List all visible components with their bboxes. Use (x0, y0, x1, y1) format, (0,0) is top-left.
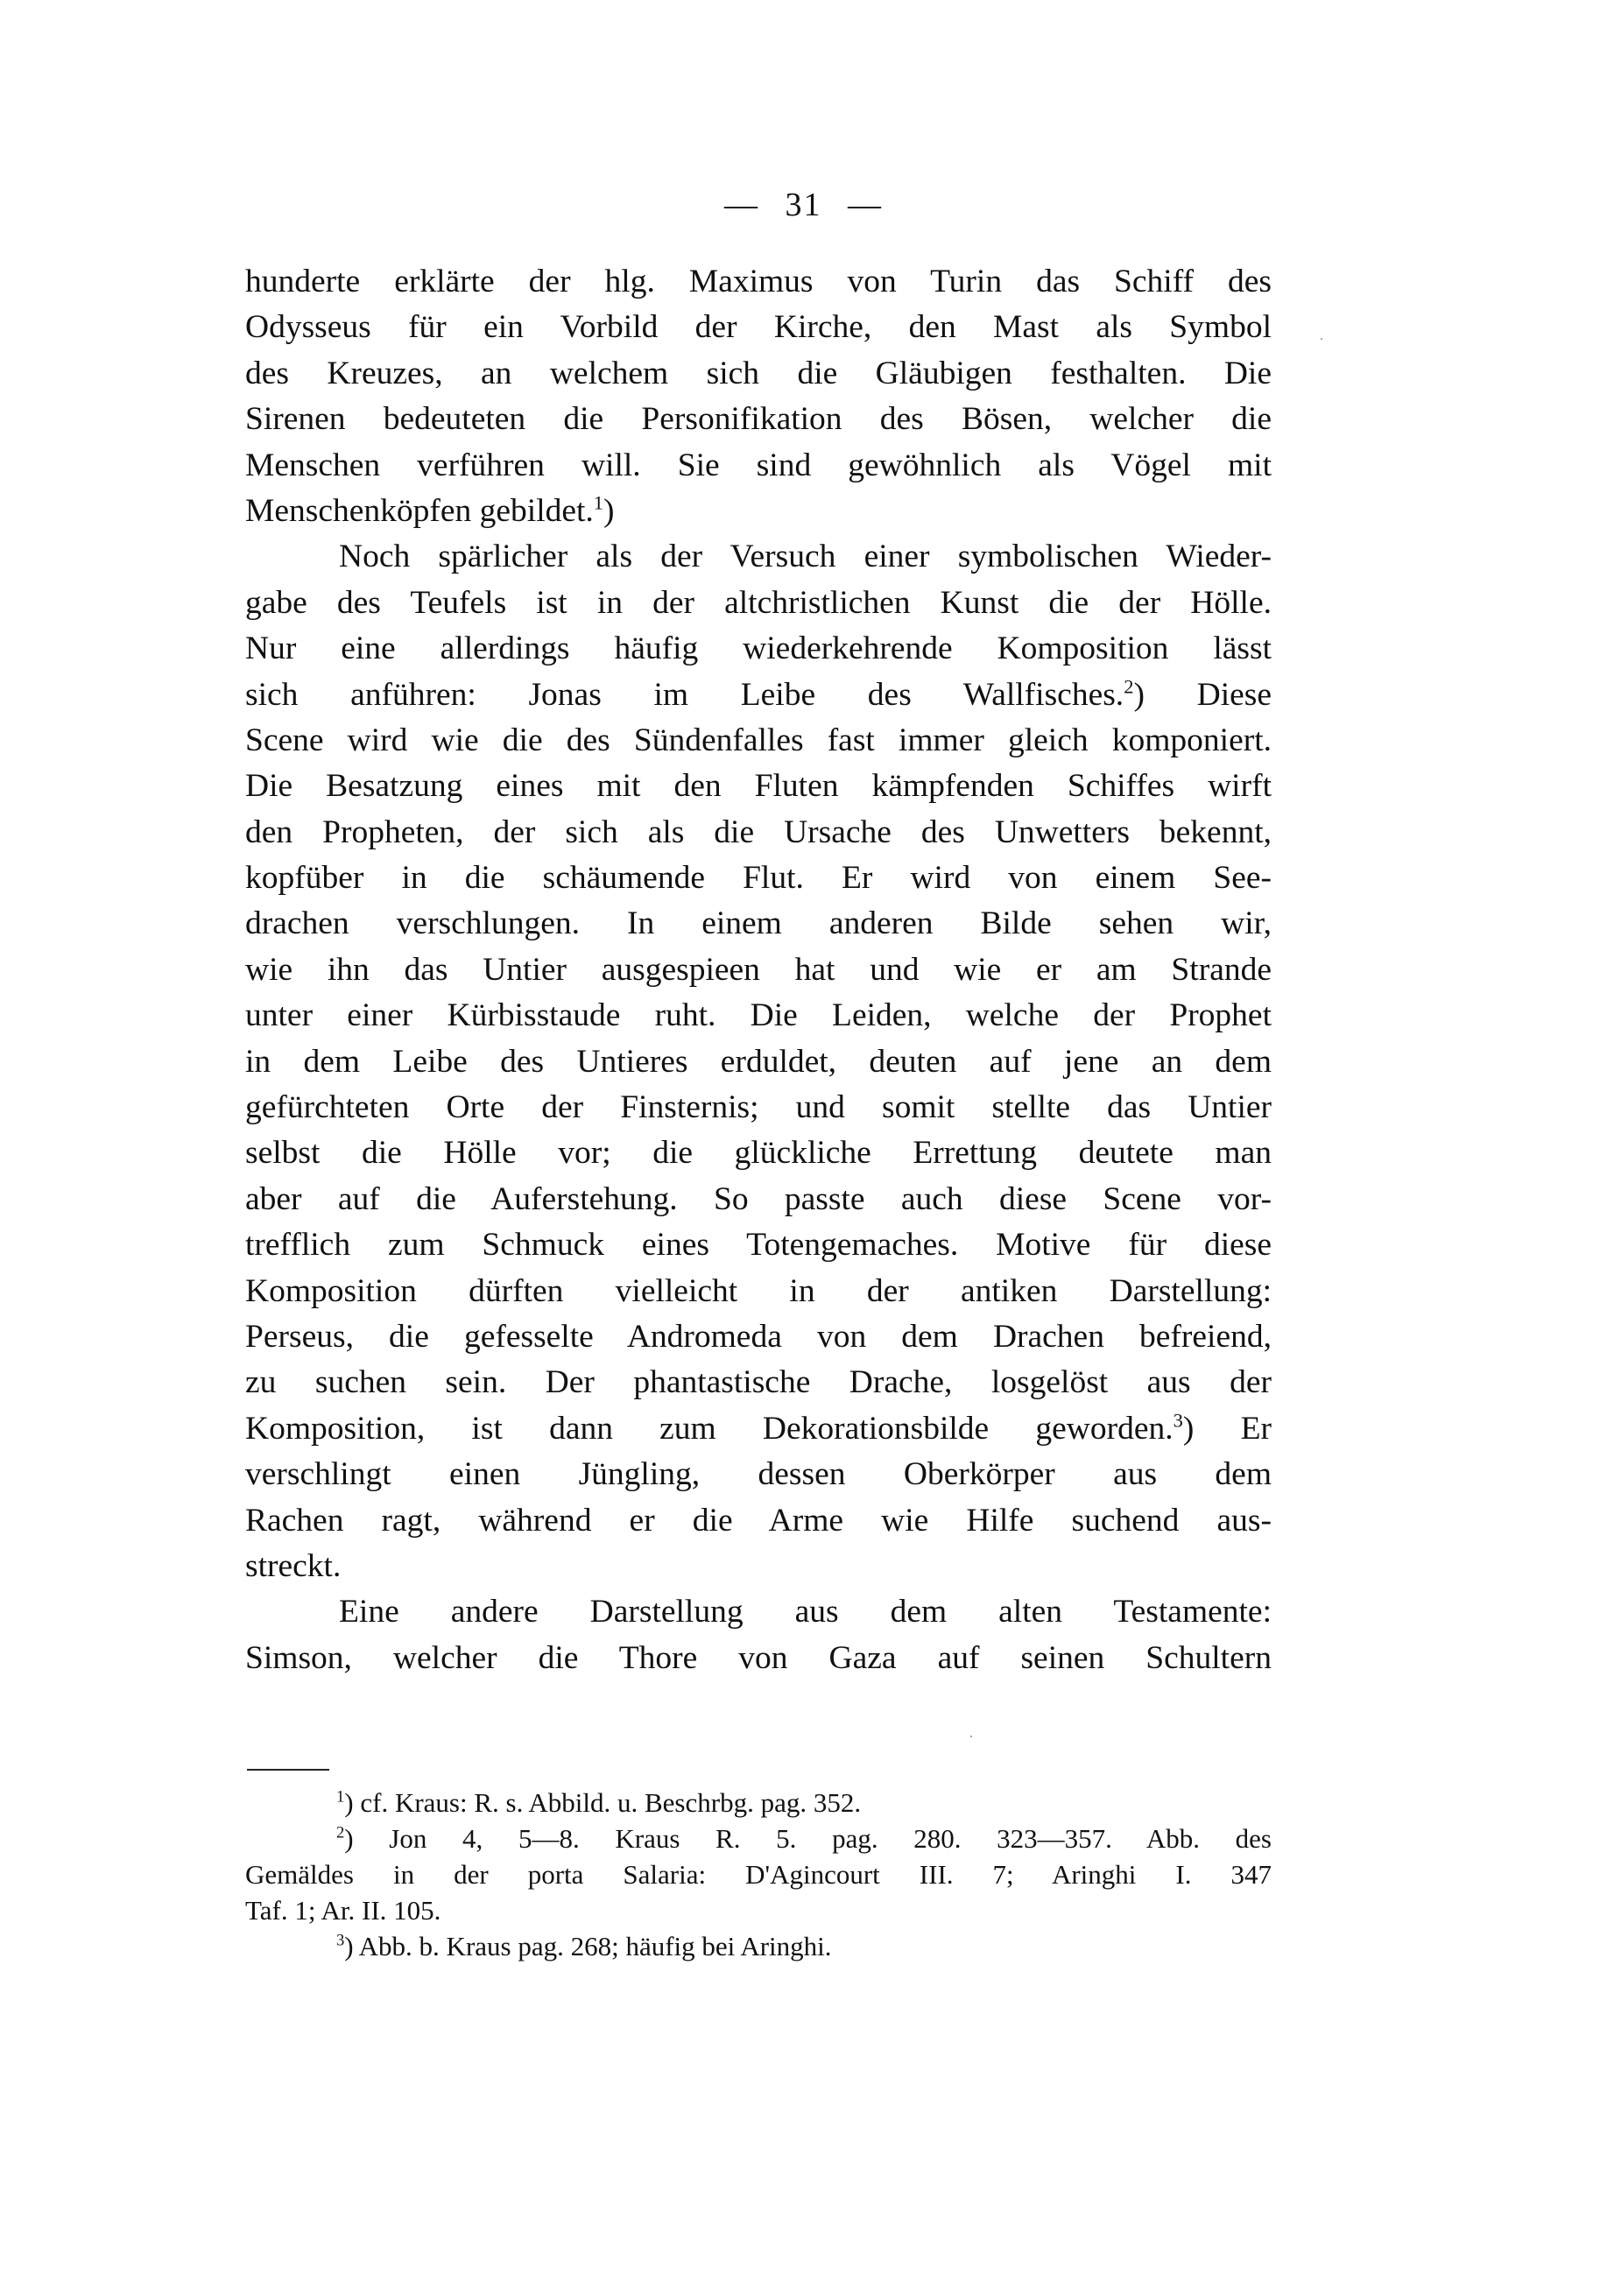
text-line: sich anführen: Jonas im Leibe des Wallfi… (245, 673, 1272, 718)
footnote-ref-3[interactable]: 3 (1174, 1409, 1183, 1431)
footnote-marker: 2 (336, 1824, 344, 1842)
text-line: Simson, welcher die Thore von Gaza auf s… (245, 1636, 1272, 1681)
text-line: Rachen ragt, während er die Arme wie Hil… (245, 1498, 1272, 1544)
page-number-header: — 31 — (0, 186, 1607, 224)
footnotes: 1) cf. Kraus: R. s. Abbild. u. Beschrbg.… (245, 1785, 1272, 1964)
text-line: zu suchen sein. Der phantastische Drache… (245, 1360, 1272, 1405)
scan-speck (1321, 338, 1322, 340)
page-number: 31 (786, 187, 822, 223)
footnote-marker: 1 (336, 1788, 344, 1807)
text-line: drachen verschlungen. In einem anderen B… (245, 901, 1272, 947)
text-line: hunderte erklärte der hlg. Maximus von T… (245, 259, 1272, 305)
text-line: Scene wird wie die des Sündenfalles fast… (245, 718, 1272, 764)
text-line: gabe des Teufels ist in der altchristlic… (245, 581, 1272, 626)
text-line: gefürchteten Orte der Finsternis; und so… (245, 1085, 1272, 1130)
text-line: den Propheten, der sich als die Ursache … (245, 810, 1272, 856)
header-dash-right: — (848, 186, 883, 224)
text-line: Odysseus für ein Vorbild der Kirche, den… (245, 305, 1272, 350)
text-line: streckt. (245, 1544, 1272, 1589)
footnote-ref-1[interactable]: 1 (594, 491, 603, 513)
footnote-ref-2[interactable]: 2 (1124, 675, 1133, 697)
text-line: verschlingt einen Jüngling, dessen Oberk… (245, 1452, 1272, 1497)
scan-speck (970, 1736, 972, 1737)
footnote-1: 1) cf. Kraus: R. s. Abbild. u. Beschrbg.… (245, 1785, 1272, 1821)
text-line: Sirenen bedeuteten die Personifikation d… (245, 397, 1272, 442)
footnote-separator (247, 1769, 329, 1771)
text-line: Nur eine allerdings häufig wiederkehrend… (245, 626, 1272, 672)
paragraph-start: Eine andere Darstellung aus dem alten Te… (245, 1589, 1272, 1635)
footnote-2: 2) Jon 4, 5—8. Kraus R. 5. pag. 280. 323… (245, 1821, 1272, 1856)
text-line: selbst die Hölle vor; die glückliche Err… (245, 1130, 1272, 1176)
header-dash-left: — (724, 186, 759, 224)
text-line: unter einer Kürbisstaude ruht. Die Leide… (245, 993, 1272, 1039)
text-line: Die Besatzung eines mit den Fluten kämpf… (245, 764, 1272, 809)
footnote-2-line: Gemäldes in der porta Salaria: D'Agincou… (245, 1856, 1272, 1892)
text-line: Komposition dürften vielleicht in der an… (245, 1269, 1272, 1314)
text-line: Perseus, die gefesselte Andromeda von de… (245, 1314, 1272, 1360)
text-line: Menschenköpfen gebildet.1) (245, 489, 1272, 534)
text-line: trefflich zum Schmuck eines Totengemache… (245, 1222, 1272, 1268)
footnote-2-line: Taf. 1; Ar. II. 105. (245, 1892, 1272, 1928)
text-line: des Kreuzes, an welchem sich die Gläubig… (245, 351, 1272, 397)
main-text: hunderte erklärte der hlg. Maximus von T… (245, 259, 1272, 1681)
footnote-marker: 3 (336, 1932, 344, 1950)
text-line: in dem Leibe des Untieres erduldet, deut… (245, 1039, 1272, 1085)
paragraph-start: Noch spärlicher als der Versuch einer sy… (245, 534, 1272, 580)
footnote-3: 3) Abb. b. Kraus pag. 268; häufig bei Ar… (245, 1928, 1272, 1964)
text-line: aber auf die Auferstehung. So passte auc… (245, 1177, 1272, 1222)
text-line: kopfüber in die schäumende Flut. Er wird… (245, 856, 1272, 901)
text-line: wie ihn das Untier ausgespieen hat und w… (245, 947, 1272, 993)
text-line: Menschen verführen will. Sie sind gewöhn… (245, 443, 1272, 489)
text-line: Komposition, ist dann zum Dekorationsbil… (245, 1406, 1272, 1452)
